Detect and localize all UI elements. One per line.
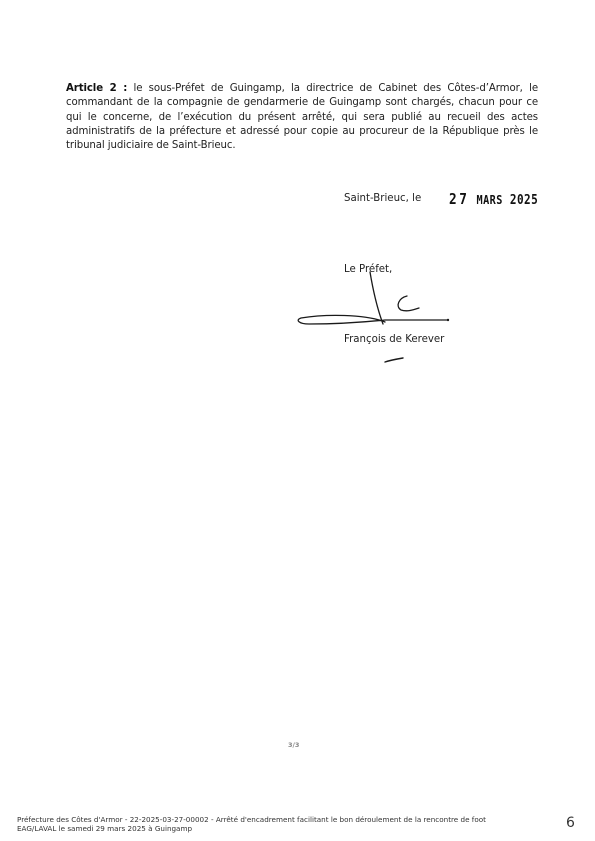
article-label: Article 2 : [66, 83, 127, 94]
footer: Préfecture des Côtes d'Armor - 22-2025-0… [17, 815, 547, 833]
date-stamp: 27 MARS 2025 [449, 190, 538, 208]
document-page: Article 2 : le sous-Préfet de Guingamp, … [0, 0, 595, 841]
article-text: le sous-Préfet de Guingamp, la directric… [66, 83, 538, 151]
signature-place: Saint-Brieuc, le [344, 193, 421, 204]
handwritten-signature-icon [295, 270, 455, 340]
footer-line-2: EAG/LAVAL le samedi 29 mars 2025 à Guing… [17, 824, 547, 833]
date-stamp-day: 27 [449, 190, 469, 208]
date-stamp-month: MARS [477, 193, 503, 207]
article-2-paragraph: Article 2 : le sous-Préfet de Guingamp, … [66, 82, 538, 153]
signer-name: François de Kerever [344, 334, 444, 345]
footer-page-number: 6 [566, 815, 575, 831]
handwritten-dash-icon [383, 353, 513, 367]
footer-line-1: Préfecture des Côtes d'Armor - 22-2025-0… [17, 815, 547, 824]
date-stamp-year: 2025 [510, 193, 538, 208]
page-number: 3/3 [288, 741, 299, 749]
